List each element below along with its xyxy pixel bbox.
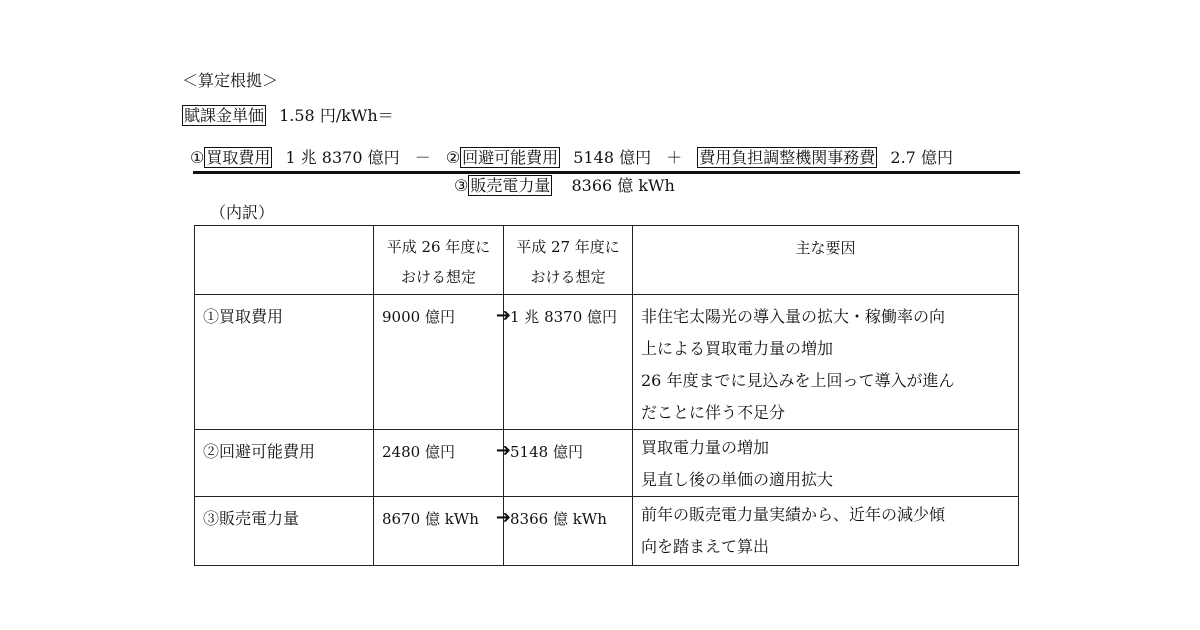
term3-label: 費用負担調整機関事務費	[697, 147, 877, 168]
table-row: ②回避可能費用 2480 億円➔ 5148 億円 買取電力量の増加 見直し後の単…	[195, 430, 1019, 497]
formula-denominator: ③販売電力量 8366 億 kWh	[454, 176, 675, 196]
fraction-line	[193, 171, 1020, 174]
unit-price-label: 賦課金単価	[182, 105, 266, 126]
formula-numerator: ①買取費用 1 兆 8370 億円 － ②回避可能費用 5148 億円 ＋ 費用…	[190, 148, 953, 168]
header-cell-reasons: 主な要因	[633, 226, 1019, 295]
term1-value: 1 兆 8370 億円	[285, 148, 399, 167]
arrow-right-icon: ➔	[496, 435, 511, 467]
row-reasons: 非住宅太陽光の導入量の拡大・稼働率の向 上による買取電力量の増加 26 年度まで…	[633, 295, 1018, 429]
header-cell-fy26: 平成 26 年度に おける想定	[374, 226, 504, 295]
arrow-right-icon: ➔	[496, 300, 511, 332]
term1-label: 買取費用	[204, 147, 272, 168]
term2-label: 回避可能費用	[460, 147, 560, 168]
row-reasons: 前年の販売電力量実績から、近年の減少傾 向を踏まえて算出	[633, 497, 1018, 563]
breakdown-table: 平成 26 年度に おける想定 平成 27 年度に おける想定 主な要因 ①買取…	[194, 225, 1019, 566]
unit-price-value: 1.58 円/kWh＝	[279, 106, 394, 125]
header-cell-fy27: 平成 27 年度に おける想定	[504, 226, 633, 295]
table-row: ③販売電力量 8670 億 kWh➔ 8366 億 kWh 前年の販売電力量実績…	[195, 497, 1019, 566]
row-fy27-value: 5148 億円	[504, 430, 632, 468]
row-fy27-value: 8366 億 kWh	[504, 497, 632, 535]
row-reasons: 買取電力量の増加 見直し後の単価の適用拡大	[633, 430, 1018, 496]
row-fy26-value: 9000 億円	[382, 308, 455, 326]
section-heading: ＜算定根拠＞	[182, 71, 278, 91]
term1-marker: ①	[190, 148, 204, 167]
arrow-right-icon: ➔	[496, 502, 511, 534]
row-fy27-value: 1 兆 8370 億円	[504, 295, 632, 333]
minus-sign: －	[415, 148, 431, 167]
row-fy26-value: 8670 億 kWh	[382, 510, 479, 528]
term3-value: 2.7 億円	[890, 148, 953, 167]
term2-marker: ②	[446, 148, 460, 167]
row-item: ②回避可能費用	[195, 430, 373, 468]
denominator-value: 8366 億 kWh	[571, 176, 674, 195]
denominator-marker: ③	[454, 176, 468, 195]
row-item: ③販売電力量	[195, 497, 373, 535]
term2-value: 5148 億円	[573, 148, 651, 167]
formula-lhs: 賦課金単価 1.58 円/kWh＝	[182, 106, 394, 126]
row-fy26-value: 2480 億円	[382, 443, 455, 461]
table-header-row: 平成 26 年度に おける想定 平成 27 年度に おける想定 主な要因	[195, 226, 1019, 295]
row-item: ①買取費用	[195, 295, 373, 333]
denominator-label: 販売電力量	[468, 175, 552, 196]
header-cell-item	[195, 226, 374, 295]
table-row: ①買取費用 9000 億円➔ 1 兆 8370 億円 非住宅太陽光の導入量の拡大…	[195, 295, 1019, 430]
plus-sign: ＋	[666, 148, 682, 167]
breakdown-title: （内訳）	[210, 203, 274, 223]
